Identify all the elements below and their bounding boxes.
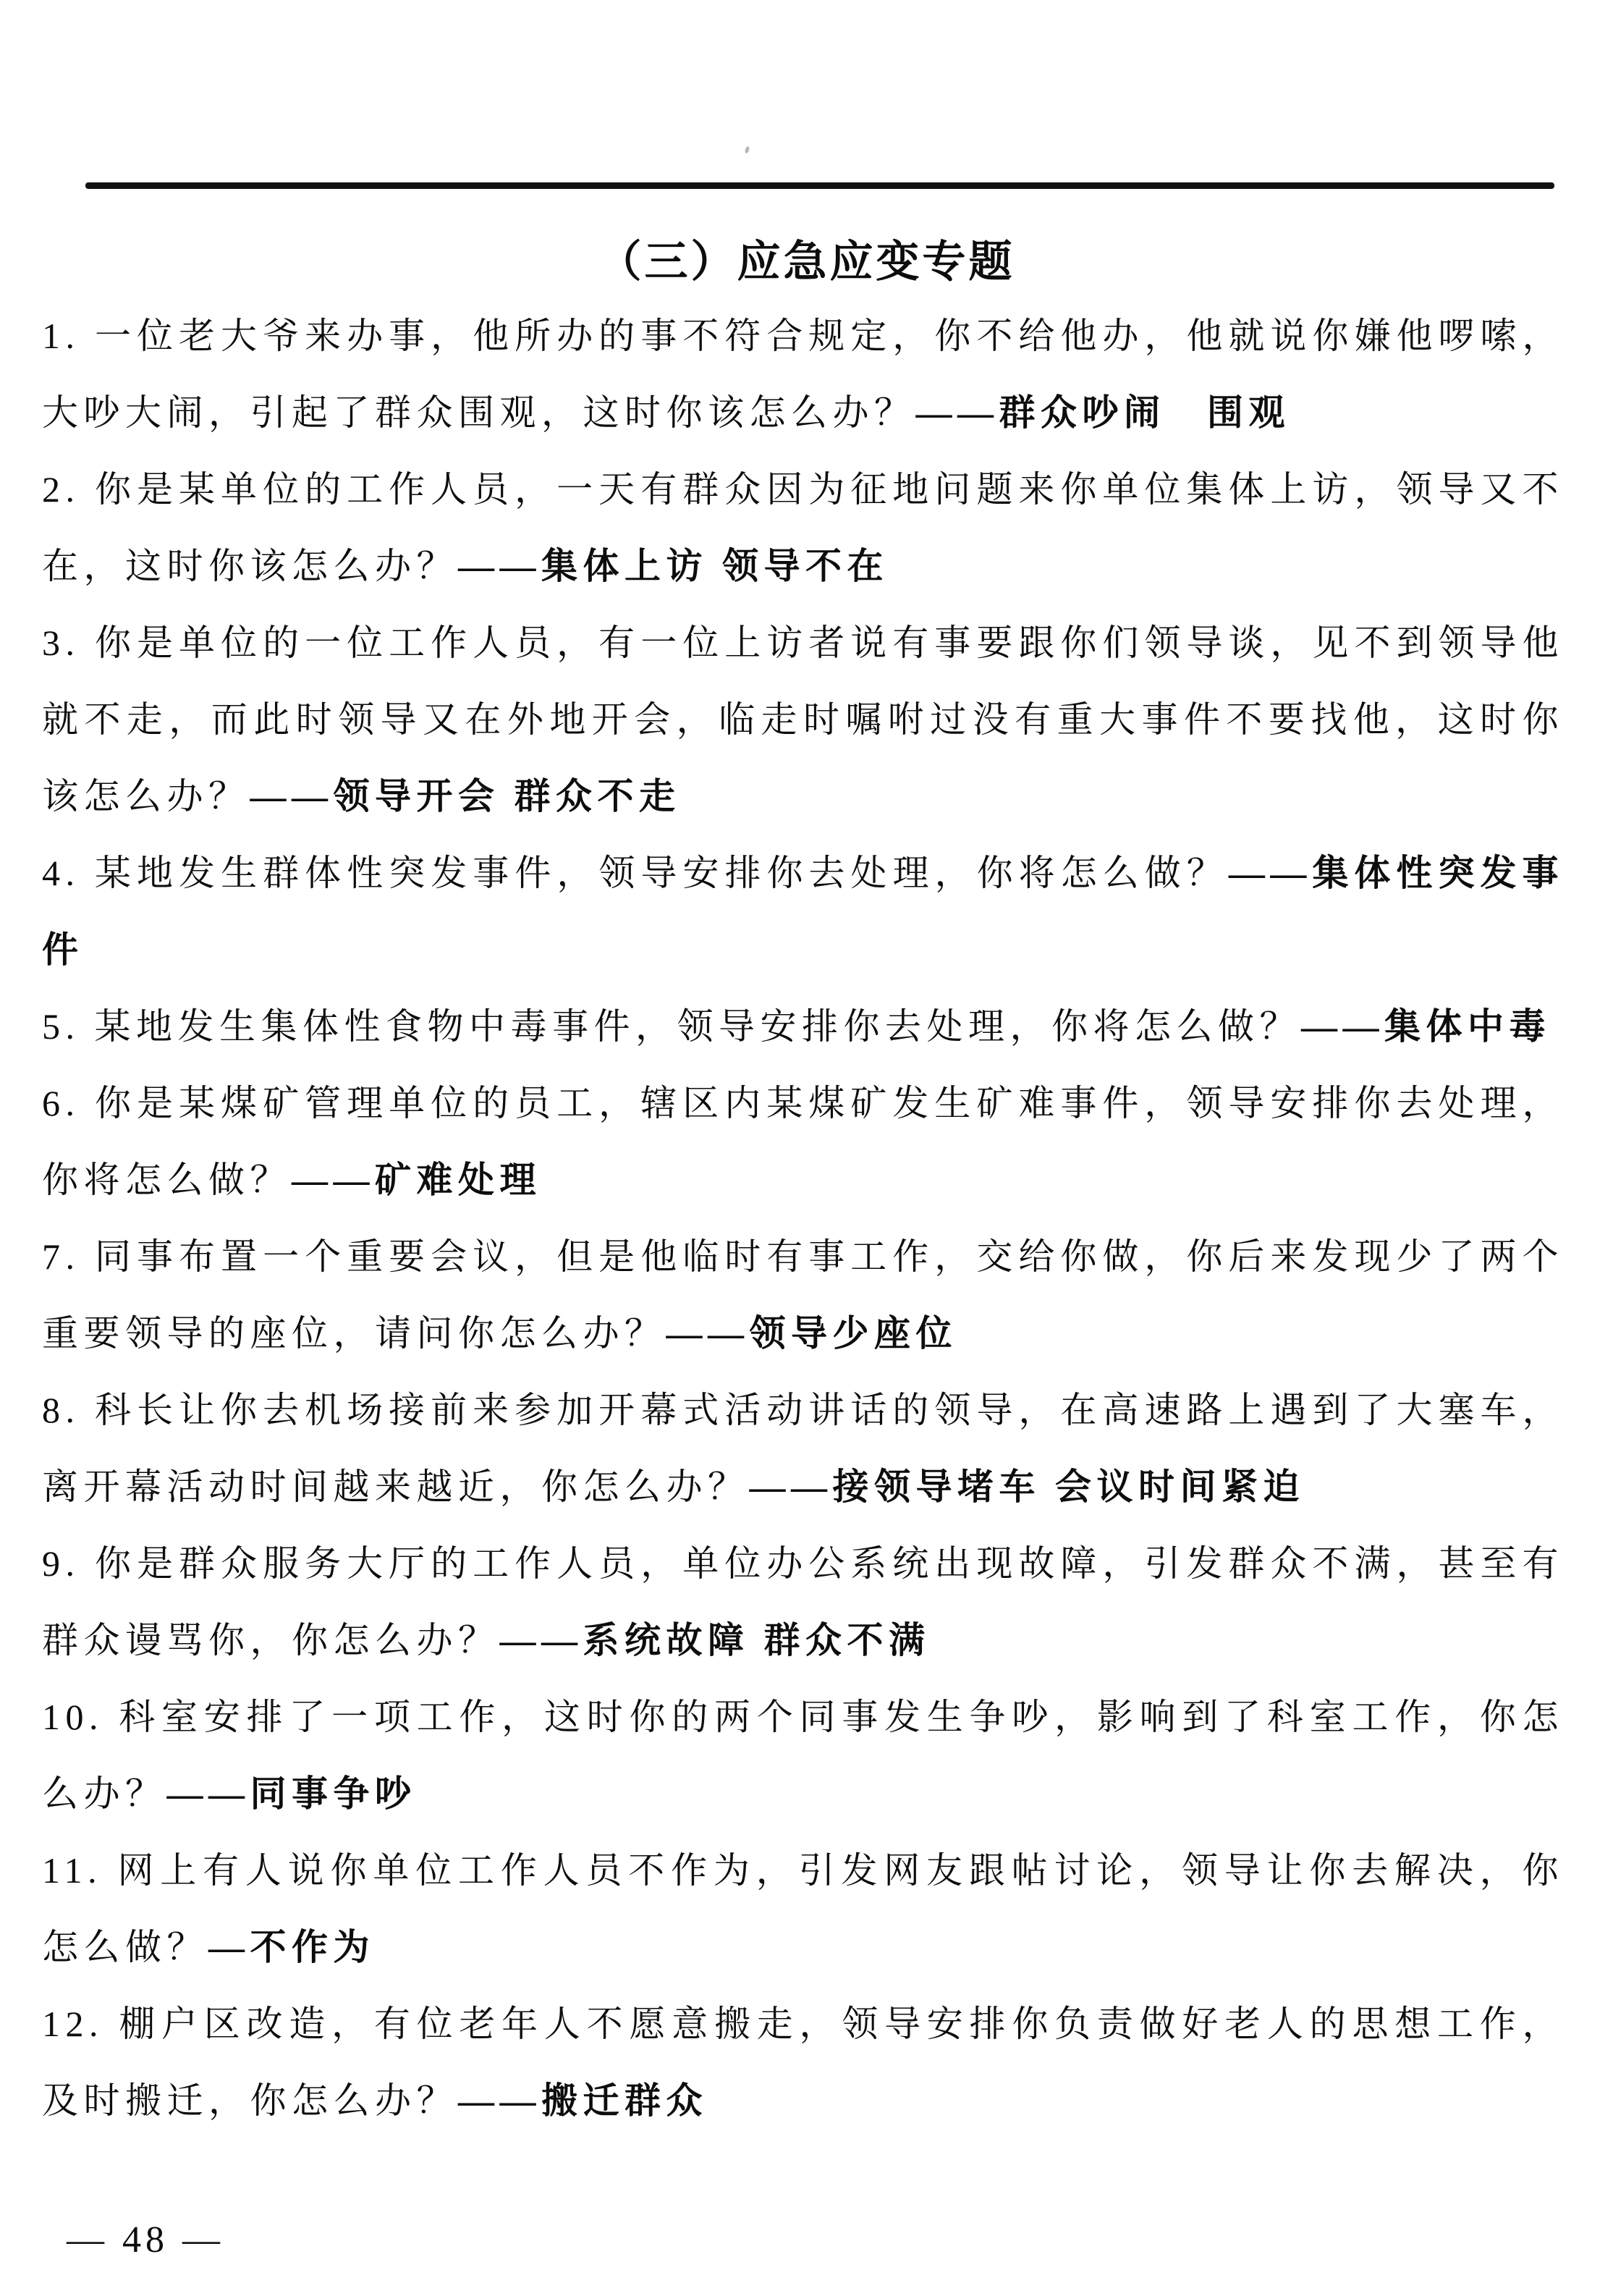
page-number: — 48 — — [67, 2219, 224, 2261]
list-item: 10. 科室安排了一项工作，这时你的两个同事发生争吵，影响到了科室工作，你怎么办… — [42, 1679, 1564, 1832]
list-item: 8. 科长让你去机场接前来参加开幕式活动讲话的领导，在高速路上遇到了大塞车，离开… — [42, 1372, 1564, 1525]
list-item: 1. 一位老大爷来办事，他所办的事不符合规定，你不给他办，他就说你嫌他啰嗦，大吵… — [42, 297, 1564, 451]
answer-keywords: ——集体上访 领导不在 — [458, 546, 889, 586]
list-item: 3. 你是单位的一位工作人员，有一位上访者说有事要跟你们领导谈，见不到领导他就不… — [42, 604, 1564, 835]
document-page: （三）应急应变专题 1. 一位老大爷来办事，他所办的事不符合规定，你不给他办，他… — [0, 0, 1613, 2296]
question-text: 6. 你是某煤矿管理单位的员工，辖区内某煤矿发生矿难事件，领导安排你去处理，你将… — [42, 1083, 1564, 1200]
question-list: 1. 一位老大爷来办事，他所办的事不符合规定，你不给他办，他就说你嫌他啰嗦，大吵… — [0, 297, 1613, 2139]
question-text: 5. 某地发生集体性食物中毒事件，领导安排你去处理，你将怎么做？ — [42, 1006, 1301, 1047]
list-item: 5. 某地发生集体性食物中毒事件，领导安排你去处理，你将怎么做？——集体中毒 — [42, 988, 1564, 1065]
list-item: 9. 你是群众服务大厅的工作人员，单位办公系统出现故障，引发群众不满，甚至有群众… — [42, 1525, 1564, 1679]
list-item: 6. 你是某煤矿管理单位的员工，辖区内某煤矿发生矿难事件，领导安排你去处理，你将… — [42, 1065, 1564, 1218]
answer-keywords: —不作为 — [208, 1927, 375, 1967]
question-text: 4. 某地发生群体性突发事件，领导安排你去处理，你将怎么做？ — [42, 853, 1229, 893]
answer-keywords: ——群众吵闹 围观 — [916, 392, 1291, 433]
answer-keywords: ——领导开会 群众不走 — [250, 776, 681, 816]
list-item: 7. 同事布置一个重要会议，但是他临时有事工作，交给你做，你后来发现少了两个重要… — [42, 1218, 1564, 1372]
answer-keywords: ——集体中毒 — [1301, 1006, 1551, 1047]
list-item: 12. 棚户区改造，有位老年人不愿意搬走，领导安排你负责做好老人的思想工作，及时… — [42, 1985, 1564, 2139]
list-item: 4. 某地发生群体性突发事件，领导安排你去处理，你将怎么做？——集体性突发事件 — [42, 835, 1564, 988]
answer-keywords: ——接领导堵车 会议时间紧迫 — [750, 1466, 1305, 1507]
question-text: 12. 棚户区改造，有位老年人不愿意搬走，领导安排你负责做好老人的思想工作，及时… — [42, 2004, 1564, 2121]
page-title: （三）应急应变专题 — [0, 0, 1613, 287]
answer-keywords: ——搬迁群众 — [458, 2080, 708, 2121]
list-item: 11. 网上有人说你单位工作人员不作为，引发网友跟帖讨论，领导让你去解决，你怎么… — [42, 1832, 1564, 1985]
horizontal-rule — [85, 182, 1554, 189]
answer-keywords: ——领导少座位 — [666, 1313, 958, 1354]
answer-keywords: ——系统故障 群众不满 — [500, 1620, 931, 1660]
answer-keywords: ——矿难处理 — [292, 1160, 541, 1200]
list-item: 2. 你是某单位的工作人员，一天有群众因为征地问题来你单位集体上访，领导又不在，… — [42, 451, 1564, 604]
question-text: 1. 一位老大爷来办事，他所办的事不符合规定，你不给他办，他就说你嫌他啰嗦，大吵… — [42, 316, 1564, 433]
answer-keywords: ——同事争吵 — [167, 1773, 417, 1814]
